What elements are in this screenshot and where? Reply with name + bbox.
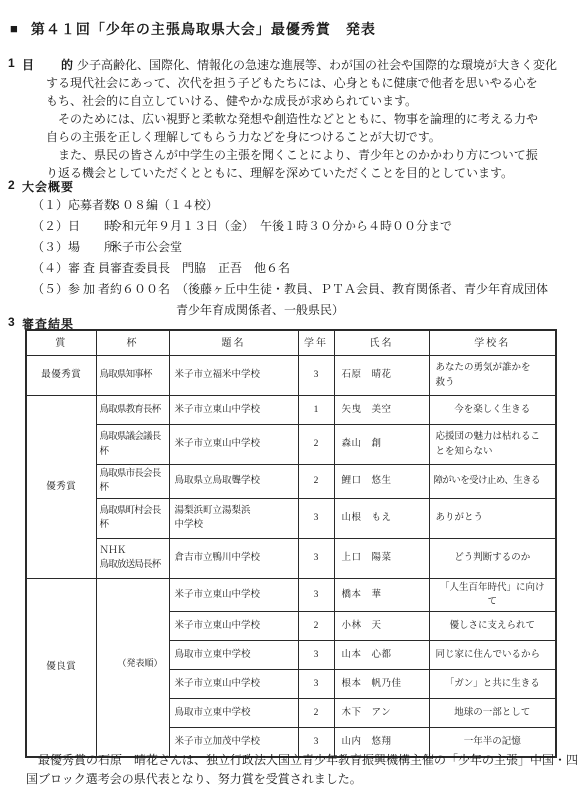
item-label: （２）日 時 (32, 219, 110, 233)
table-row: 鳥取県議会議長杯 米子市立東山中学校 2 森山 創 応援団の魅力は枯れるこ とを… (26, 425, 556, 465)
school-cell: 米子市立東山中学校 (169, 578, 298, 612)
cup-cell: 鳥取県市長会長杯 (96, 465, 169, 499)
title-cell: ありがとう (429, 498, 556, 538)
square-bullet-icon: ■ (10, 22, 18, 36)
grade-cell: 2 (298, 699, 334, 728)
item-value: 審査委員長 門脇 正吾 他６名 (110, 261, 290, 275)
section-number-results: 3 (8, 315, 15, 329)
section-heading-overview: 大会概要 (22, 178, 74, 195)
grade-cell: 3 (298, 670, 334, 699)
page-title: ■ 第４１回「少年の主張鳥取県大会」最優秀賞 発表 (10, 19, 376, 39)
table-row: 鳥取県町村会長杯 湯梨浜町立湯梨浜 中学校 3 山根 もえ ありがとう (26, 498, 556, 538)
results-table: 賞 杯 題名 学年 氏名 学校名 最優秀賞 鳥取県知事杯 米子市立福米中学校 3… (25, 329, 557, 758)
overview-item-judges: （４）審 査 員 審査委員長 門脇 正吾 他６名 (32, 261, 548, 275)
footer-line: 国ブロック選考会の県代表となり、努力賞を受賞されました。 (26, 770, 578, 789)
cup-cell: 鳥取県町村会長杯 (96, 498, 169, 538)
section-number-overview: 2 (8, 178, 15, 192)
table-header-row: 賞 杯 題名 学年 氏名 学校名 (26, 330, 556, 356)
overview-item-datetime: （２）日 時 令和元年９月１３日（金） 午後１時３０分から４時００分まで (32, 219, 548, 233)
school-cell: 米子市立東山中学校 (169, 670, 298, 699)
purpose-line: 少子高齢化、国際化、情報化の急速な進展等、わが国の社会や国際的な環境が大きく変化 (46, 56, 566, 74)
school-cell: 米子市立東山中学校 (169, 425, 298, 465)
overview-item-list: （１）応募者数 ８０８編（１４校） （２）日 時 令和元年９月１３日（金） 午後… (32, 198, 548, 324)
award-cell: 最優秀賞 (26, 356, 96, 396)
name-cell: 山根 もえ (334, 498, 429, 538)
item-value: ８０８編（１４校） (110, 198, 218, 212)
header-name: 氏名 (334, 330, 429, 356)
title-cell: 「ガン」と共に生きる (429, 670, 556, 699)
page-title-text: 第４１回「少年の主張鳥取県大会」最優秀賞 発表 (31, 19, 376, 39)
name-cell: 根本 帆乃佳 (334, 670, 429, 699)
section-number-purpose: 1 (8, 56, 15, 70)
title-cell: 優しさに支えられて (429, 612, 556, 641)
grade-cell: 3 (298, 578, 334, 612)
name-cell: 森山 創 (334, 425, 429, 465)
purpose-line: そのためには、広い視野と柔軟な発想や創造性などとともに、物事を論理的に考える力や (46, 110, 566, 128)
name-cell: 山本 心都 (334, 641, 429, 670)
cup-cell: 鳥取県知事杯 (96, 356, 169, 396)
item-label: （４）審 査 員 (32, 261, 110, 275)
header-award: 賞 (26, 330, 96, 356)
school-cell: 湯梨浜町立湯梨浜 中学校 (169, 498, 298, 538)
overview-item-venue: （３）場 所 米子市公会堂 (32, 240, 548, 254)
grade-cell: 3 (298, 641, 334, 670)
header-school: 学校名 (429, 330, 556, 356)
purpose-line: する現代社会にあって、次代を担う子どもたちには、心身ともに健康で他者を思いやる心… (46, 74, 566, 92)
school-cell: 倉吉市立鴨川中学校 (169, 538, 298, 578)
name-cell: 上口 陽菜 (334, 538, 429, 578)
purpose-line: また、県民の皆さんが中学生の主張を聞くことにより、青少年とのかかわり方について振 (46, 146, 566, 164)
item-value: 約６００名 （後藤ヶ丘中生徒・教員、ＰＴＡ会員、教育関係者、青少年育成団体 (110, 282, 548, 296)
item-label: （３）場 所 (32, 240, 110, 254)
school-cell: 米子市立東山中学校 (169, 612, 298, 641)
overview-item-participants: （５）参 加 者 約６００名 （後藤ヶ丘中生徒・教員、ＰＴＡ会員、教育関係者、青… (32, 282, 548, 296)
school-cell: 鳥取県立鳥取聾学校 (169, 465, 298, 499)
purpose-line: 自らの主張を正しく理解してもらう力などを身につけることが大切です。 (46, 128, 566, 146)
name-cell: 鯉口 悠生 (334, 465, 429, 499)
header-grade: 学年 (298, 330, 334, 356)
name-cell: 小林 天 (334, 612, 429, 641)
overview-item-applicants: （１）応募者数 ８０８編（１４校） (32, 198, 548, 212)
header-cup: 杯 (96, 330, 169, 356)
header-title: 題名 (169, 330, 298, 356)
purpose-line: り返る機会としていただくとともに、理解を深めていただくことを目的としています。 (46, 164, 566, 182)
overview-item-participants-cont: 青少年育成関係者、一般県民） (176, 303, 548, 317)
title-cell: 同じ家に住んでいるから (429, 641, 556, 670)
table-row: 鳥取県市長会長杯 鳥取県立鳥取聾学校 2 鯉口 悠生 障がいを受け止め、生きる (26, 465, 556, 499)
title-cell: 地球の一部として (429, 699, 556, 728)
grade-cell: 2 (298, 425, 334, 465)
table-row: 最優秀賞 鳥取県知事杯 米子市立福米中学校 3 石原 晴花 あなたの勇気が誰かを… (26, 356, 556, 396)
award-cell: 優秀賞 (26, 396, 96, 579)
title-cell: あなたの勇気が誰かを 救う (429, 356, 556, 396)
school-cell: 米子市立東山中学校 (169, 396, 298, 425)
purpose-line: もち、社会的に自立していける、健やかな成長が求められています。 (46, 92, 566, 110)
school-cell: 米子市立福米中学校 (169, 356, 298, 396)
cup-note-cell: （発表順） (96, 578, 169, 757)
cup-cell: ＮＨＫ 鳥取放送局長杯 (96, 538, 169, 578)
grade-cell: 1 (298, 396, 334, 425)
name-cell: 橋本 華 (334, 578, 429, 612)
award-cell: 優良賞 (26, 578, 96, 757)
name-cell: 木下 アン (334, 699, 429, 728)
title-cell: 今を楽しく生きる (429, 396, 556, 425)
cup-cell: 鳥取県教育長杯 (96, 396, 169, 425)
table-row: ＮＨＫ 鳥取放送局長杯 倉吉市立鴨川中学校 3 上口 陽菜 どう判断するのか (26, 538, 556, 578)
school-cell: 鳥取市立東中学校 (169, 699, 298, 728)
table-row: 優良賞 （発表順） 米子市立東山中学校 3 橋本 華 「人生百年時代」に向けて (26, 578, 556, 612)
item-label: （５）参 加 者 (32, 282, 110, 296)
grade-cell: 3 (298, 538, 334, 578)
table-row: 優秀賞 鳥取県教育長杯 米子市立東山中学校 1 矢曳 美空 今を楽しく生きる (26, 396, 556, 425)
grade-cell: 3 (298, 356, 334, 396)
cup-cell: 鳥取県議会議長杯 (96, 425, 169, 465)
title-cell: 応援団の魅力は枯れるこ とを知らない (429, 425, 556, 465)
name-cell: 石原 晴花 (334, 356, 429, 396)
purpose-paragraphs: 少子高齢化、国際化、情報化の急速な進展等、わが国の社会や国際的な環境が大きく変化… (46, 56, 566, 182)
footer-note: 最優秀賞の石原 晴花さんは、独立行政法人国立青少年教育振興機構主催の「少年の主張… (26, 751, 578, 789)
grade-cell: 2 (298, 612, 334, 641)
title-cell: どう判断するのか (429, 538, 556, 578)
title-cell: 障がいを受け止め、生きる (429, 465, 556, 499)
item-label: （１）応募者数 (32, 198, 110, 212)
grade-cell: 3 (298, 498, 334, 538)
grade-cell: 2 (298, 465, 334, 499)
item-value: 米子市公会堂 (110, 240, 182, 254)
school-cell: 鳥取市立東中学校 (169, 641, 298, 670)
title-cell: 「人生百年時代」に向けて (429, 578, 556, 612)
item-value: 令和元年９月１３日（金） 午後１時３０分から４時００分まで (110, 219, 452, 233)
name-cell: 矢曳 美空 (334, 396, 429, 425)
document-page: ■ 第４１回「少年の主張鳥取県大会」最優秀賞 発表 1 目 的 少子高齢化、国際… (0, 0, 580, 808)
footer-line: 最優秀賞の石原 晴花さんは、独立行政法人国立青少年教育振興機構主催の「少年の主張… (26, 751, 578, 770)
